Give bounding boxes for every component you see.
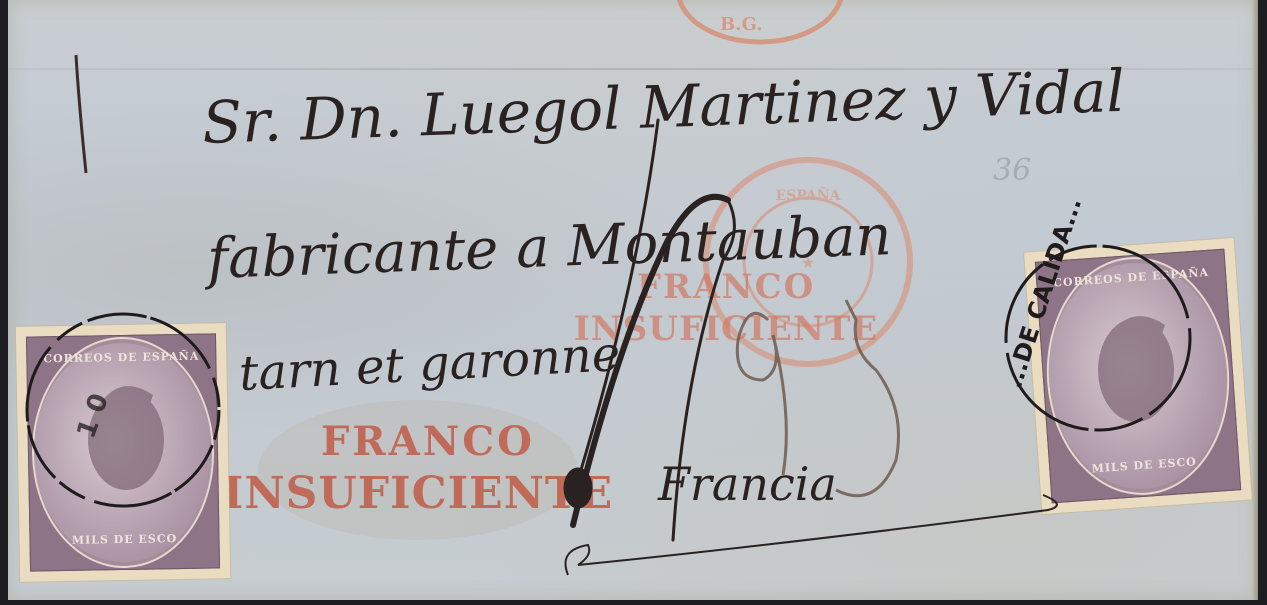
ink-layer: 1 0 ...DE CALIDA... Sr. Dn. Luegol Marti… <box>8 0 1258 600</box>
stamp-right-portrait-head-icon <box>1098 316 1174 422</box>
address-line-1: Sr. Dn. Luegol Martinez y Vidal <box>201 57 1126 157</box>
address-line-2: fabricante a Montauban <box>202 203 892 292</box>
address-line-3: tarn et garonne <box>238 326 622 402</box>
postal-cover: B.G. ESPAÑA ★ FRANCO INSUFICIENTE FRANCO… <box>8 0 1258 600</box>
address-line-4: Francia <box>657 457 837 511</box>
right-cancel-text: ...DE CALIDA... <box>999 194 1087 392</box>
left-manuscript-stroke <box>76 55 86 173</box>
pencil-note: 36 <box>993 153 1031 188</box>
